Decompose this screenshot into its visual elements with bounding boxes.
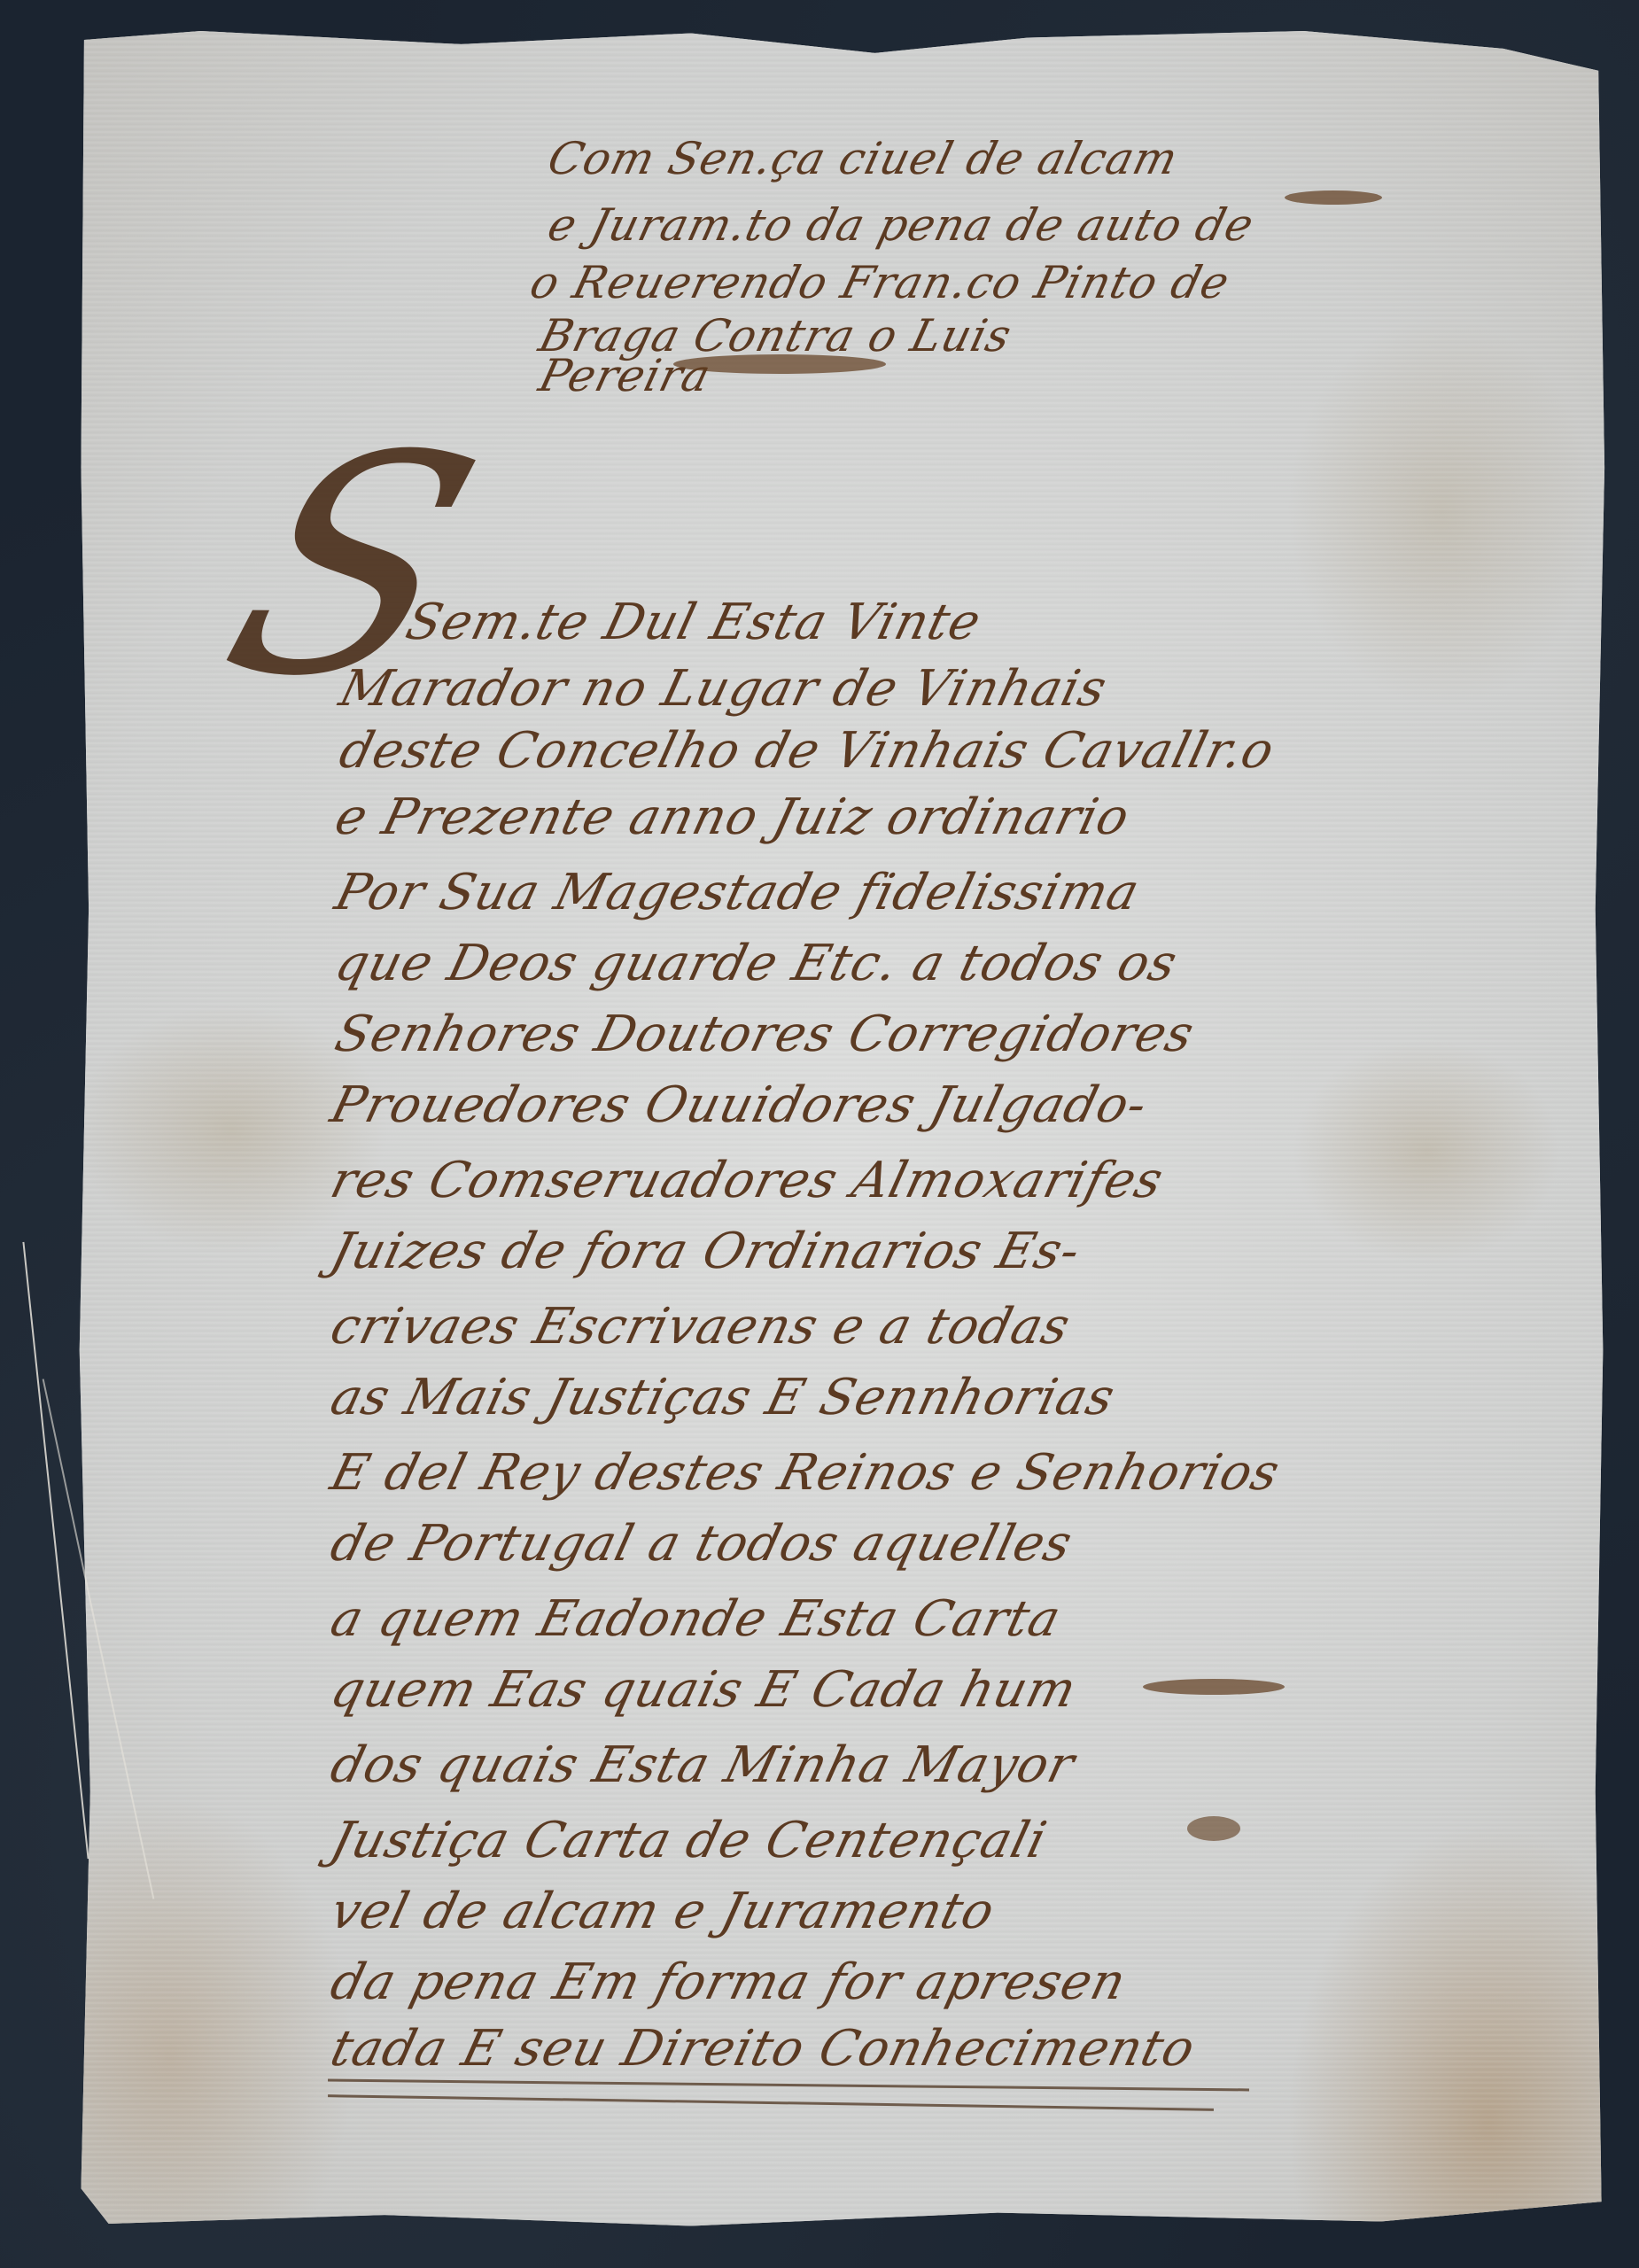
- ink-blot: [1187, 1816, 1240, 1841]
- body-line-3: deste Concelho de Vinhais Cavallr.o: [334, 722, 1280, 780]
- body-line-1: Sem.te Dul Esta Vinte: [400, 594, 987, 651]
- ink-smear: [673, 354, 886, 374]
- body-line-8: Prouedores Ouuidores Julgado-: [325, 1076, 1154, 1134]
- heading-line-5: Pereira: [534, 350, 717, 401]
- body-line-10: Juizes de fora Ordinarios Es-: [325, 1223, 1086, 1280]
- heading-line-2: e Juram.to da pena de auto de: [543, 199, 1260, 251]
- body-line-12: as Mais Justiças E Sennhorias: [325, 1369, 1121, 1426]
- heading-line-3: o Reuerendo Fran.co Pinto de: [525, 257, 1235, 308]
- body-line-11: crivaes Escrivaens e a todas: [325, 1298, 1076, 1355]
- ink-smear: [1285, 190, 1382, 205]
- heading-line-1: Com Sen.ça ciuel de alcam: [543, 133, 1184, 184]
- body-line-19: vel de alcam e Juramento: [325, 1883, 1001, 1940]
- body-line-4: e Prezente anno Juiz ordinario: [330, 788, 1136, 846]
- body-line-15: a quem Eadonde Esta Carta: [325, 1590, 1067, 1648]
- body-line-20: da pena Em forma for apresen: [325, 1953, 1132, 2011]
- body-line-7: Senhores Doutores Corregidores: [330, 1006, 1200, 1063]
- body-line-17: dos quais Esta Minha Mayor: [325, 1736, 1081, 1794]
- body-line-2: Marador no Lugar de Vinhais: [334, 660, 1113, 718]
- body-line-13: E del Rey destes Reinos e Senhorios: [325, 1444, 1286, 1502]
- body-line-6: que Deos guarde Etc. a todos os: [330, 935, 1184, 992]
- body-line-21: tada E seu Direito Conhecimento: [325, 2020, 1201, 2078]
- body-line-9: res Comseruadores Almoxarifes: [325, 1152, 1169, 1209]
- body-line-18: Justiça Carta de Centençali: [325, 1812, 1053, 1869]
- body-line-5: Por Sua Magestade fidelissima: [330, 864, 1146, 921]
- ink-smear: [1143, 1679, 1285, 1695]
- body-line-14: de Portugal a todos aquelles: [325, 1515, 1078, 1573]
- body-line-16: quem Eas quais E Cada hum: [325, 1661, 1083, 1719]
